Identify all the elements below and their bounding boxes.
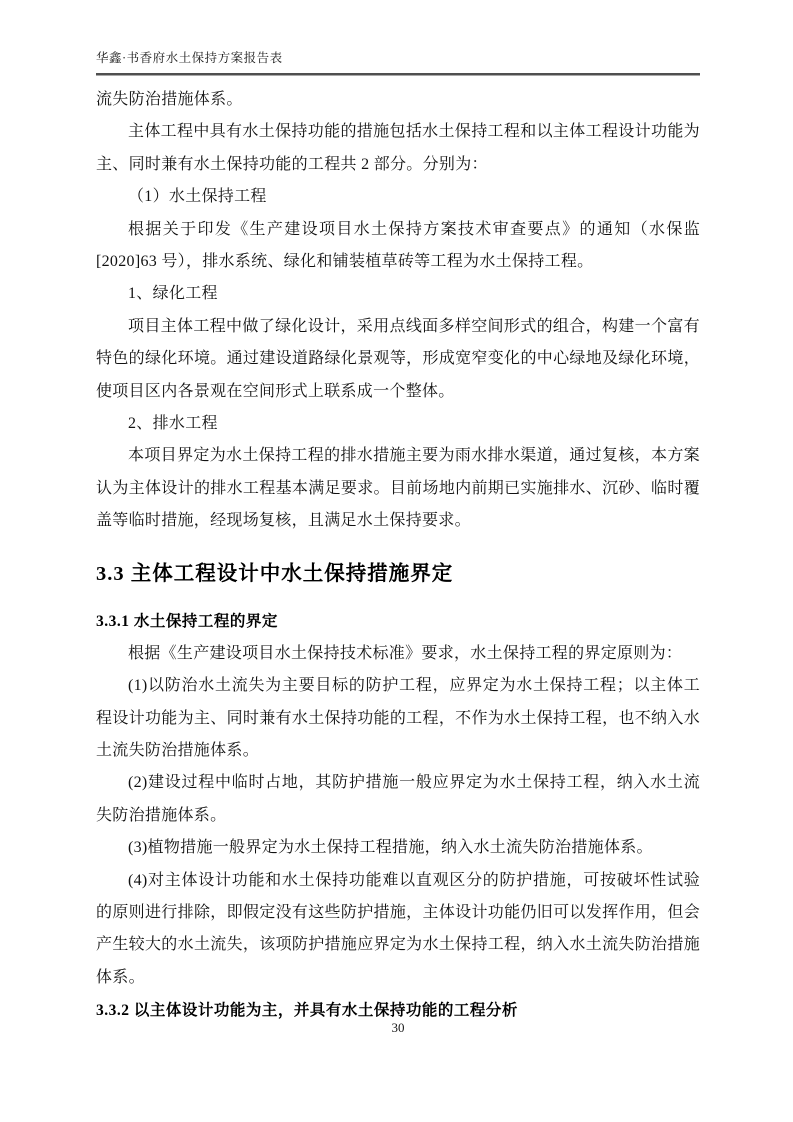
paragraph: 1、绿化工程 bbox=[96, 278, 700, 310]
paragraph: 根据《生产建设项目水土保持技术标准》要求，水土保持工程的界定原则为： bbox=[96, 638, 700, 670]
page-header: 华鑫·书香府水土保持方案报告表 bbox=[96, 48, 700, 76]
document-content: 流失防治措施体系。主体工程中具有水土保持功能的措施包括水土保持工程和以主体工程设… bbox=[96, 84, 700, 1027]
paragraph: (1)以防治水土流失为主要目标的防护工程，应界定为水土保持工程；以主体工程设计功… bbox=[96, 670, 700, 767]
document-page: 华鑫·书香府水土保持方案报告表 流失防治措施体系。主体工程中具有水土保持功能的措… bbox=[0, 0, 793, 1122]
header-rule bbox=[96, 73, 700, 76]
paragraph: 流失防治措施体系。 bbox=[96, 84, 700, 116]
paragraph: 根据关于印发《生产建设项目水土保持方案技术审查要点》的通知（水保监[2020]6… bbox=[96, 214, 700, 279]
page-footer: 30 bbox=[96, 1020, 700, 1036]
page-number: 30 bbox=[392, 1020, 405, 1035]
header-title: 华鑫·书香府水土保持方案报告表 bbox=[96, 48, 700, 66]
paragraph: 项目主体工程中做了绿化设计，采用点线面多样空间形式的组合，构建一个富有特色的绿化… bbox=[96, 311, 700, 408]
subsection-heading: 3.3.1 水土保持工程的界定 bbox=[96, 605, 700, 638]
paragraph: (3)植物措施一般界定为水土保持工程措施，纳入水土流失防治措施体系。 bbox=[96, 832, 700, 864]
paragraph: （1）水土保持工程 bbox=[96, 181, 700, 213]
paragraph: 主体工程中具有水土保持功能的措施包括水土保持工程和以主体工程设计功能为主、同时兼… bbox=[96, 116, 700, 181]
paragraph: (2)建设过程中临时占地，其防护措施一般应界定为水土保持工程，纳入水土流失防治措… bbox=[96, 767, 700, 832]
paragraph: 本项目界定为水土保持工程的排水措施主要为雨水排水渠道，通过复核，本方案认为主体设… bbox=[96, 440, 700, 537]
section-heading: 3.3 主体工程设计中水土保持措施界定 bbox=[96, 559, 700, 589]
paragraph: (4)对主体设计功能和水土保持功能难以直观区分的防护措施，可按破坏性试验的原则进… bbox=[96, 865, 700, 995]
paragraph: 2、排水工程 bbox=[96, 408, 700, 440]
